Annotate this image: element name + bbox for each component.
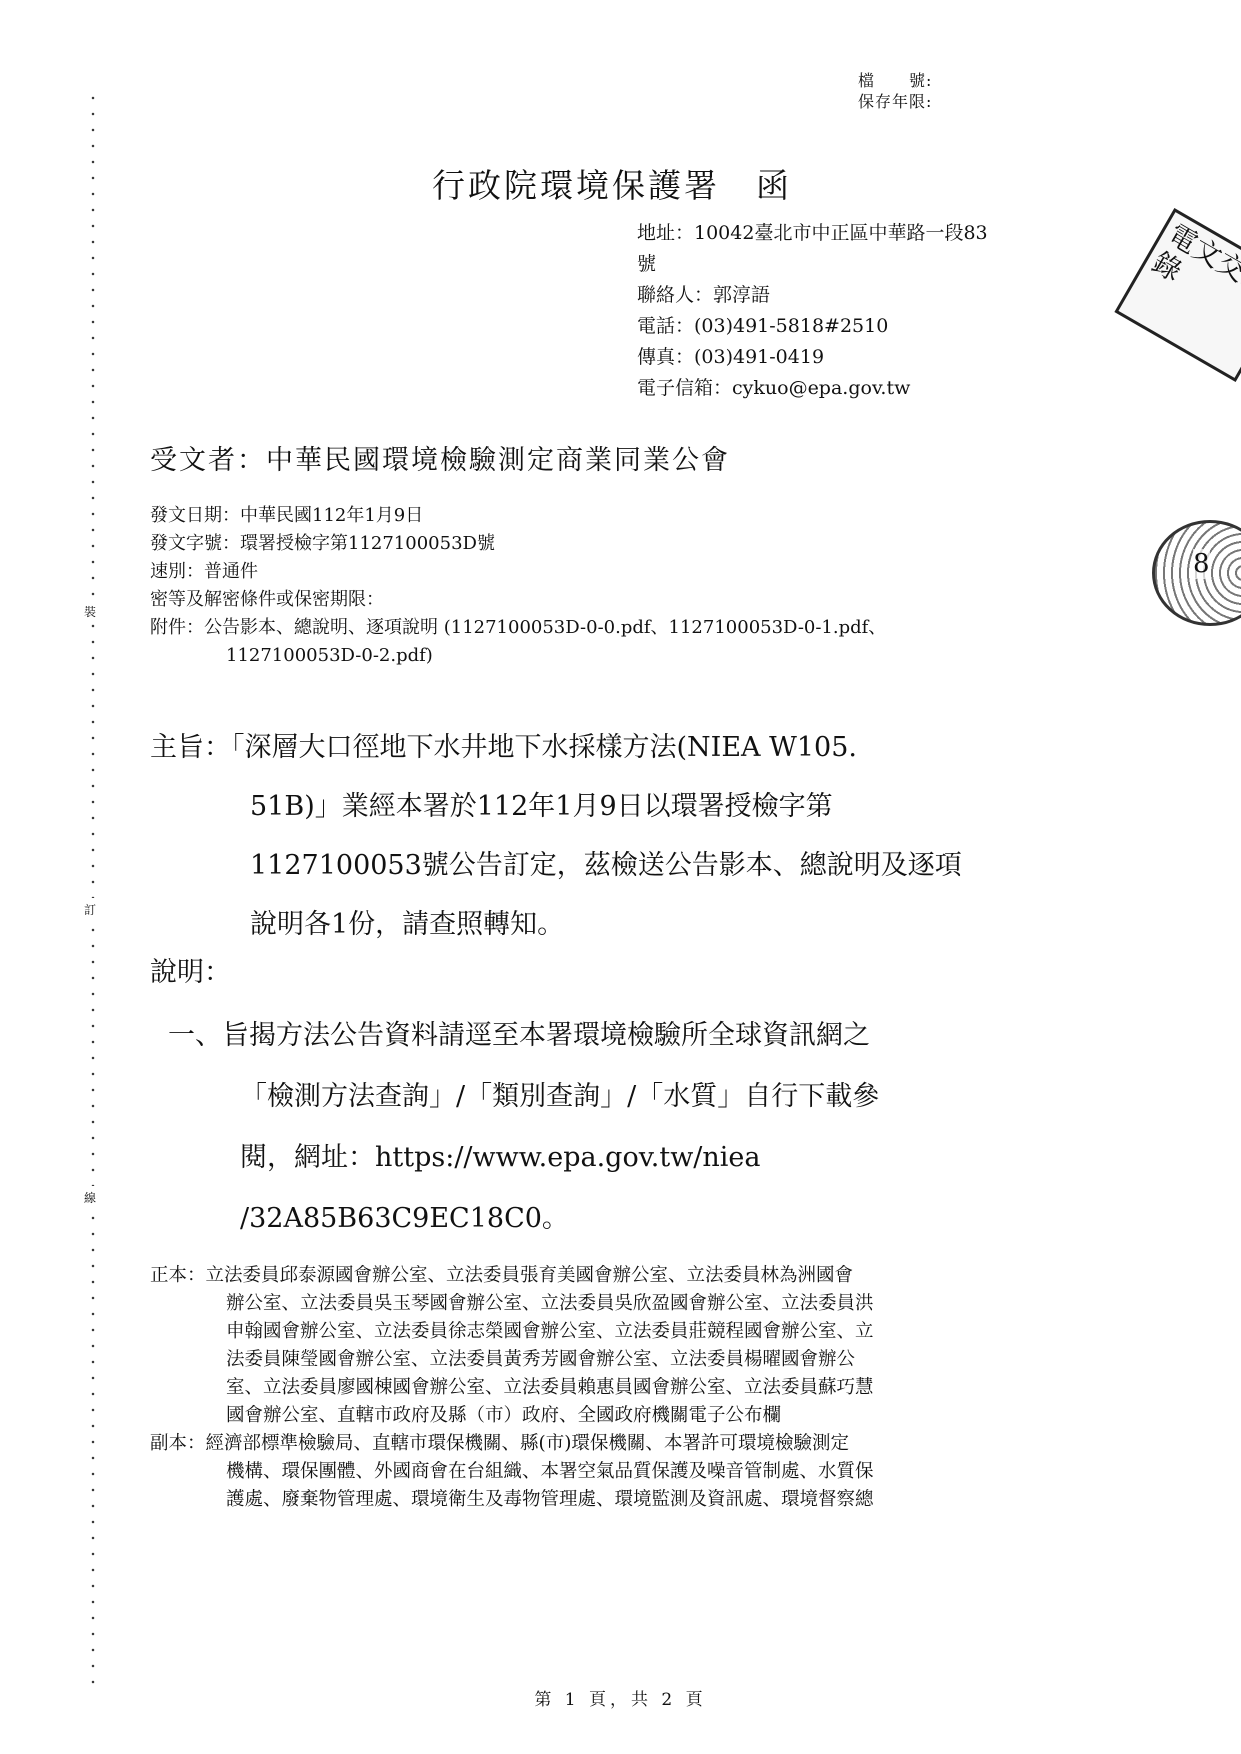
seal-number: 8: [1193, 549, 1210, 579]
address-line-2: 號: [637, 249, 988, 280]
subject-section: 主旨：「深層大口徑地下水井地下水採樣方法(NIEA W105. 51B)」業經本…: [150, 718, 962, 954]
original-recipients-line: 室、立法委員廖國棟國會辦公室、立法委員賴惠員國會辦公室、立法委員蘇巧慧: [150, 1374, 874, 1402]
original-recipients-line: 法委員陳瑩國會辦公室、立法委員黃秀芳國會辦公室、立法委員楊曜國會辦公: [150, 1346, 874, 1374]
subject-line: 說明各1份，請查照轉知。: [150, 895, 962, 954]
attachments-line-2[interactable]: 1127100053D-0-2.pdf): [150, 642, 886, 670]
file-number-label: 檔 號:: [858, 70, 932, 91]
phone: 電話：(03)491-5818#2510: [637, 311, 988, 342]
issue-date: 發文日期：中華民國112年1月9日: [150, 502, 886, 530]
binding-label-zhuang: 裝: [84, 600, 96, 623]
explanation-url-line[interactable]: 閱，網址：https://www.epa.gov.tw/niea: [150, 1127, 879, 1188]
explanation-section: 一、旨揭方法公告資料請逕至本署環境檢驗所全球資訊網之 「檢測方法查詢」/「類別查…: [150, 1005, 879, 1249]
binding-margin-dotted-line: [90, 90, 96, 1690]
archive-info: 檔 號: 保存年限:: [858, 70, 932, 112]
retention-period-label: 保存年限:: [858, 91, 932, 112]
document-meta: 發文日期：中華民國112年1月9日 發文字號：環署授檢字第1127100053D…: [150, 502, 886, 670]
original-recipients-line: 國會辦公室、直轄市政府及縣（市）政府、全國政府機關電子公布欄: [150, 1402, 874, 1430]
seal-stamp-icon: 8: [1152, 520, 1241, 626]
subject-line: 51B)」業經本署於112年1月9日以環署授檢字第: [150, 777, 962, 836]
original-recipients-line: 辦公室、立法委員吳玉琴國會辦公室、立法委員吳欣盈國會辦公室、立法委員洪: [150, 1290, 874, 1318]
subject-line: 主旨：「深層大口徑地下水井地下水採樣方法(NIEA W105.: [150, 718, 962, 777]
copy-recipients-line: 副本：經濟部標準檢驗局、直轄市環保機關、縣(市)環保機關、本署許可環境檢驗測定: [150, 1430, 874, 1458]
recipient: 受文者：中華民國環境檢驗測定商業同業公會: [150, 438, 730, 477]
address-line-1: 地址：10042臺北市中正區中華路一段83: [637, 218, 988, 249]
subject-line: 1127100053號公告訂定，茲檢送公告影本、總說明及逐項: [150, 836, 962, 895]
classification: 密等及解密條件或保密期限：: [150, 586, 886, 614]
distribution-list: 正本：立法委員邱泰源國會辦公室、立法委員張育美國會辦公室、立法委員林為洲國會 辦…: [150, 1262, 874, 1514]
fax: 傳真：(03)491-0419: [637, 342, 988, 373]
original-recipients-line: 正本：立法委員邱泰源國會辦公室、立法委員張育美國會辦公室、立法委員林為洲國會: [150, 1262, 874, 1290]
binding-label-xian: 線: [84, 1186, 96, 1209]
copy-recipients-line: 護處、廢棄物管理處、環境衛生及毒物管理處、環境監測及資訊處、環境督察總: [150, 1486, 874, 1514]
binding-label-ding: 訂: [84, 898, 96, 921]
document-number: 發文字號：環署授檢字第1127100053D號: [150, 530, 886, 558]
email: 電子信箱：cykuo@epa.gov.tw: [637, 373, 988, 404]
explanation-label: 說明：: [150, 950, 231, 989]
document-title: 行政院環境保護署 函: [432, 160, 792, 207]
attachments-line-1[interactable]: 附件：公告影本、總說明、逐項說明 (1127100053D-0-0.pdf、11…: [150, 614, 886, 642]
electronic-exchange-stamp-icon: 電文交時錄: [1114, 208, 1241, 382]
original-recipients-line: 申翰國會辦公室、立法委員徐志榮國會辦公室、立法委員莊競程國會辦公室、立: [150, 1318, 874, 1346]
explanation-line: 一、旨揭方法公告資料請逕至本署環境檢驗所全球資訊網之: [150, 1005, 879, 1066]
copy-recipients-line: 機構、環保團體、外國商會在台組織、本署空氣品質保護及噪音管制處、水質保: [150, 1458, 874, 1486]
explanation-url-line[interactable]: /32A85B63C9EC18C0。: [150, 1188, 879, 1249]
contact-person: 聯絡人：郭淳語: [637, 280, 988, 311]
page-number: 第 1 頁，共 2 頁: [0, 1685, 1241, 1710]
contact-block: 地址：10042臺北市中正區中華路一段83 號 聯絡人：郭淳語 電話：(03)4…: [637, 218, 988, 404]
explanation-line: 「檢測方法查詢」/「類別查詢」/「水質」自行下載參: [150, 1066, 879, 1127]
delivery-speed: 速別：普通件: [150, 558, 886, 586]
